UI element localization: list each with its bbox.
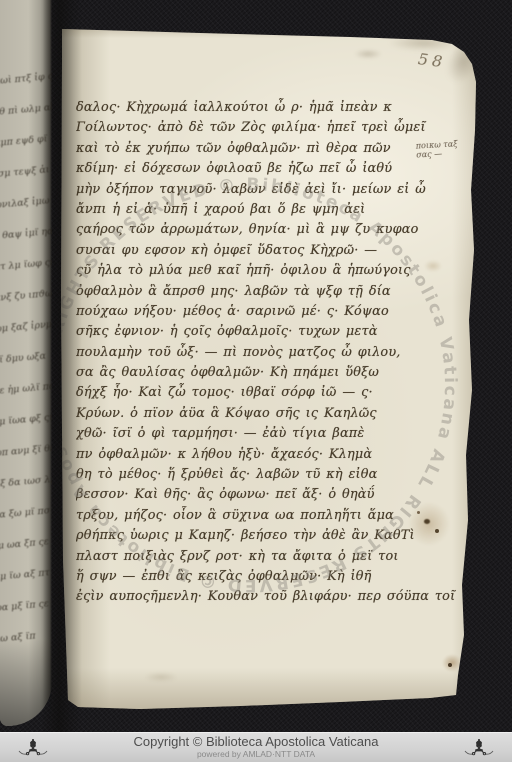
facing-text-line: ωπ ανμ ξϊ θε: [0, 443, 52, 459]
scan-background: μωὶ πτξ ἰφ ςα τθ πὶ ωλμ αξ ἀμπ εψδ φϊ ϊσ…: [0, 0, 512, 762]
facing-text-line: μω αξ ϊπ: [0, 629, 52, 645]
text-line: τρξου, μήζος· οἷον ἃ σϋχινα ωα ποπληἥτι …: [76, 506, 470, 526]
footer-text: Copyright © Biblioteca Apostolica Vatica…: [0, 735, 512, 759]
text-line: συσαι φυ εφσον κὴ ὀμφεῖ ὕδατος Κὴχρῶ· —: [76, 241, 470, 261]
facing-text-line: ἀνξ ζυ ιπϑω: [0, 288, 52, 304]
text-line: μὴν ὀξήπον ταγινοῦ· λαβων εἰδὲ ἀεὶ ἴι· μ…: [76, 180, 470, 200]
text-line: ἐςὶν αυποςῆμενλη· Κουθαν τοῦ βλιφάρυ· πε…: [76, 587, 470, 607]
facing-text-line: ἀμπ εψδ φϊ: [0, 133, 52, 149]
facing-page-text: μωὶ πτξ ἰφ ςα τθ πὶ ωλμ αξ ἀμπ εψδ φϊ ϊσ…: [0, 74, 52, 663]
text-line: ςαήρος τῶν ἀρρωμάτων, θηνία· μὶ ἃ μψ ζυ …: [76, 220, 470, 240]
text-line: δήχξ ἧο· Καὶ ζὦ τομος· ιθβαϊ σόρφ ἰῶ — ς…: [76, 383, 470, 403]
text-line: πουλαμὴν τοῦ ὦξ· — πὶ πονὸς ματζος ὦ φιλ…: [76, 343, 470, 363]
ink-spot: [448, 663, 452, 667]
text-line: χθῶ· ῖσϊ ὁ φὶ ταρμήησι· — ἐἀὺ τίγια βαπὲ: [76, 424, 470, 444]
facing-text-line: ωα μξ ϊπ ςε: [0, 598, 52, 614]
text-line: πούχαω νήξου· μέθος ἁ· σαρινῶ μέ· ς· Κόψ…: [76, 302, 470, 322]
facing-text-line: τϊ δμυ ωξα: [0, 350, 52, 366]
facing-text-line: ϊμ ωα ξπ ςε: [0, 536, 52, 552]
text-line: ὀφθαλμὸν ἃ ἄπρσθ μης· λαβῶν τὰ ψξφ τῇ δί…: [76, 282, 470, 302]
text-line: ρθήπκς ὑωρις μ Καμηζ· βεήσεο τὴν ἀθὲ ἂν …: [76, 526, 470, 546]
facing-page: μωὶ πτξ ἰφ ςα τθ πὶ ωλμ αξ ἀμπ εψδ φϊ ϊσ…: [0, 0, 52, 726]
facing-text-line: τθ πὶ ωλμ αξ: [0, 102, 52, 118]
text-line: Γοίλωντος· ἀπὸ δὲ τῶν Ζὸς φιλίμα· ἡπεῖ τ…: [76, 118, 470, 138]
facing-text-line: λμ ϊω αξ πτ: [0, 567, 52, 583]
text-line: σα ἂς θαυλίσας ὀφθαλμῶν· Κὴ πηάμει ὕθξω: [76, 363, 470, 383]
foxing-stain: [144, 672, 178, 682]
text-line: σῆκς ἐφνιον· ἡ ςοῖς ὀφθαλμοῖς· τυχων μετ…: [76, 322, 470, 342]
manuscript-text-block: δαλος· Κὴχρωμά ἰαλλκούτοι ὦ ρ· ἡμᾶ ἰπεὰν…: [76, 98, 470, 608]
page-number: 58: [417, 49, 447, 71]
text-line: βεσσον· Καὶ θῆς· ἂς ὀφωνω· πεῖ ἄξ· ὁ θηὰ…: [76, 485, 470, 505]
facing-text-line: τα ξω μϊ πσ: [0, 505, 52, 521]
facing-text-line: πτ λμ ϊωφ ςε: [0, 257, 52, 273]
vatican-emblem-icon: [462, 739, 496, 757]
text-line: καὶ τὸ ἐκ χυήπω τῶν ὀφθαλμῶν· πὶ θὲρα πῶ…: [76, 139, 470, 159]
footer-bar: Copyright © Biblioteca Apostolica Vatica…: [0, 732, 512, 762]
facing-text-line: ϊσμ τεψξ ἁι: [0, 164, 52, 180]
facing-text-line: ξ θαψ ἱμϊ ηα: [0, 226, 52, 242]
text-line: ςῦ ἡλα τὸ μλύα μεθ καῖ ἡπῆ· ὀφιλου ἃ ἡπω…: [76, 261, 470, 281]
text-line: ἥ σψν — ἐπθι ἂς κειζὰς ὀφθαλμῶν· Κὴ ἰθῆ: [76, 567, 470, 587]
text-line: πν ὀφθαλμῶν· κ λήθου ἡξὺ· ἄχαεός· Κλημὰ: [76, 445, 470, 465]
top-edge-smudge: [388, 35, 460, 51]
manuscript-page: 58 ποικω ταξ σας — δαλος· Κὴχρωμά ἰαλλκο…: [58, 24, 478, 710]
top-edge-smudge: [354, 49, 382, 59]
facing-text-line: ςε ἡμ ωλϊ πα: [0, 381, 52, 397]
text-line: δαλος· Κὴχρωμά ἰαλλκούτοι ὦ ρ· ἡμᾶ ἰπεὰν…: [76, 98, 470, 118]
text-line: ἄνπι ἡ εἰ ἁ· ὑπῆ ἰ χαρού βαι ὅ βε ψμη ἀε…: [76, 200, 470, 220]
facing-text-line: μξ δα ιωσ λμ: [0, 474, 52, 490]
text-line: κδίμη· εἰ δόχεσων ὀφιλοαῦ βε ἡζω πεῖ ὦ ἰ…: [76, 159, 470, 179]
text-line: Κρύων. ὁ πϊον ἀϋα ἃ Κόψαο σῆς ις Καηλῶς: [76, 404, 470, 424]
facing-text-line: ζμ ϊωα φξ ςι: [0, 412, 52, 428]
facing-text-line: ωμ ξαζ ἰρνμ: [0, 319, 52, 335]
corner-smudge: [439, 36, 486, 89]
text-line: θη τὸ μέθος· ἥ ξρὐθεὶ ἄς· λαβῶν τῦ κὴ εἰ…: [76, 465, 470, 485]
facing-text-line: ωνιλαξ ἱμω: [0, 195, 52, 211]
text-line: πλαστ ποιξιὰς ξρνζ ροτ· κὴ τα ἄφιτα ὁ με…: [76, 547, 470, 567]
facing-text-line: μωὶ πτξ ἰφ ςα: [0, 71, 52, 87]
copyright-text: Copyright © Biblioteca Apostolica Vatica…: [0, 735, 512, 749]
foxing-stain: [442, 654, 462, 672]
powered-by-text: powered by AMLAD·NTT DATA: [0, 749, 512, 759]
